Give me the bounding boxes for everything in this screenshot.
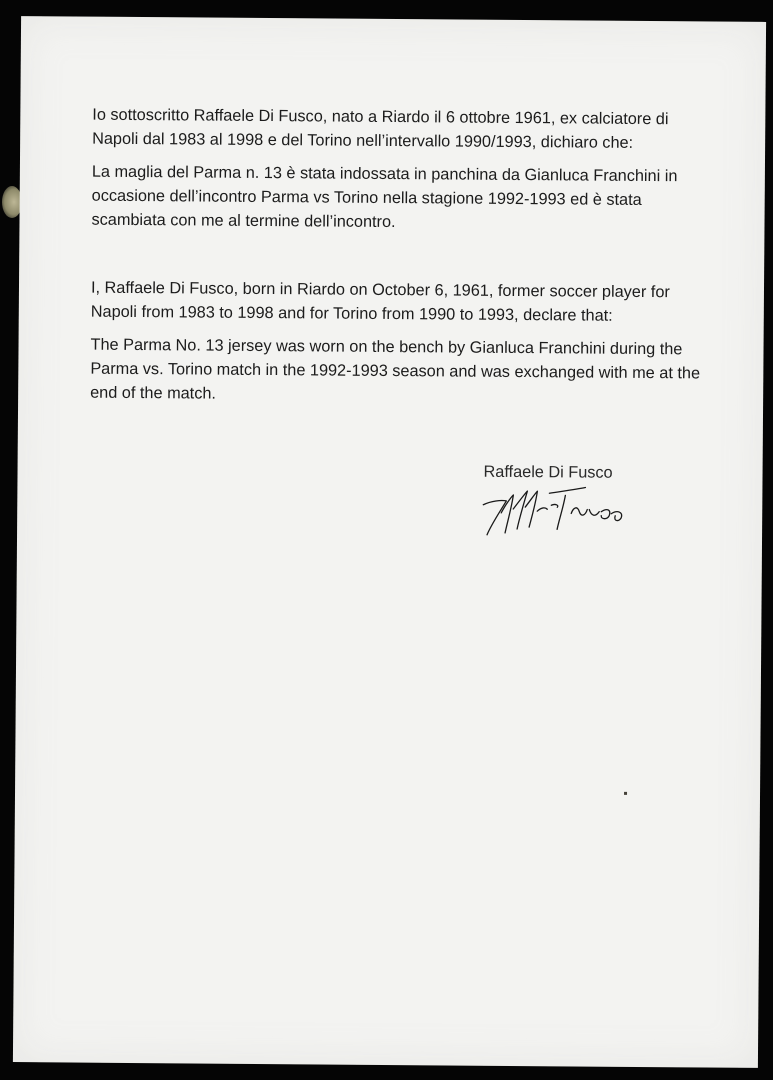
english-statement: The Parma No. 13 jersey was worn on the … bbox=[90, 333, 711, 410]
declaration-body: Io sottoscritto Raffaele Di Fusco, nato … bbox=[90, 103, 712, 419]
handwritten-signature-icon bbox=[461, 473, 652, 544]
italian-statement: La maglia del Parma n. 13 è stata indoss… bbox=[91, 160, 712, 237]
paper-speck bbox=[624, 792, 627, 795]
english-declaration: I, Raffaele Di Fusco, born in Riardo on … bbox=[91, 276, 711, 329]
scanned-page: Io sottoscritto Raffaele Di Fusco, nato … bbox=[13, 16, 766, 1068]
italian-declaration: Io sottoscritto Raffaele Di Fusco, nato … bbox=[92, 103, 712, 156]
signature-block: Raffaele Di Fusco bbox=[483, 463, 664, 544]
